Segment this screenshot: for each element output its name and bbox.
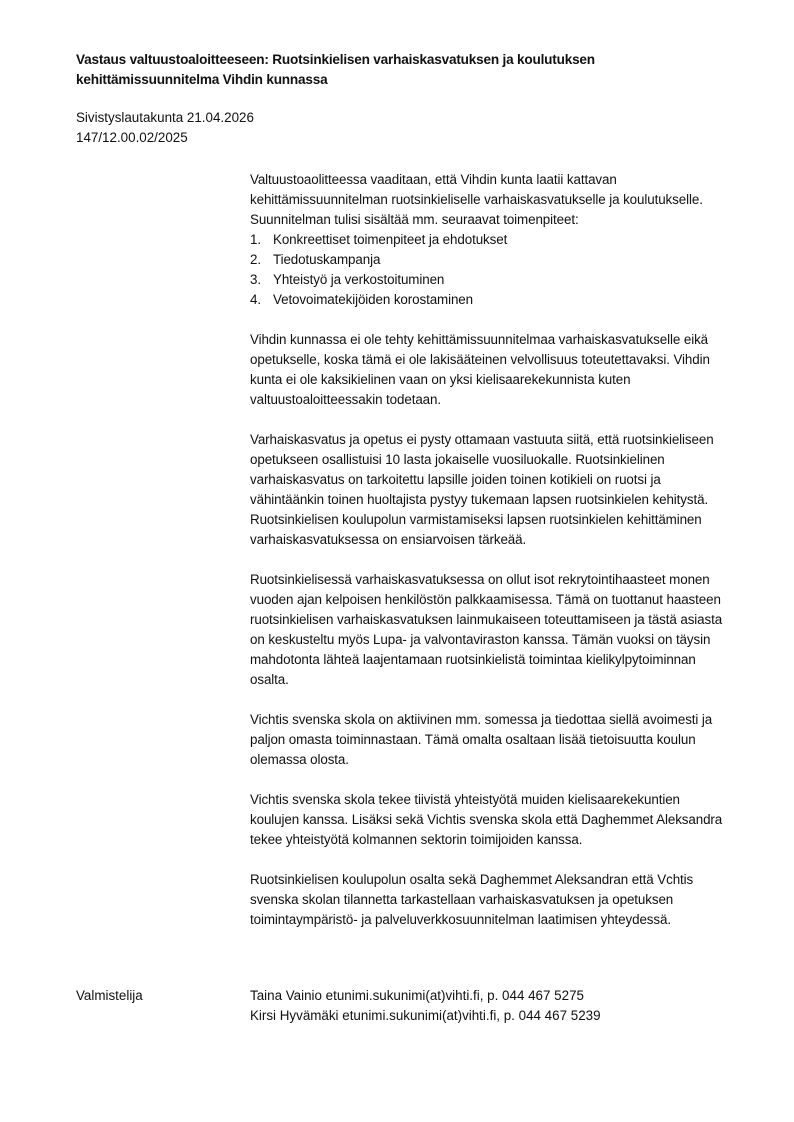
paragraph: Varhaiskasvatus ja opetus ei pysty ottam… [250,430,730,550]
document-meta: Sivistyslautakunta 21.04.2026 147/12.00.… [76,108,254,148]
list-item: 4.Vetovoimatekijöiden korostaminen [250,290,730,310]
title-line-1: Vastaus valtuustoaloitteeseen: Ruotsinki… [76,50,716,70]
list-number: 3. [250,270,261,290]
list-number: 1. [250,230,261,250]
paragraph: Ruotsinkielisen koulupolun osalta sekä D… [250,870,730,930]
contact-line: Kirsi Hyvämäki etunimi.sukunimi(at)vihti… [250,1006,601,1026]
document-body: Valtuustoaolitteessa vaaditaan, että Vih… [250,170,730,950]
list-number: 2. [250,250,261,270]
preparer-label: Valmistelija [76,986,143,1006]
list-item: 3.Yhteistyö ja verkostoituminen [250,270,730,290]
paragraph: Vichtis svenska skola on aktiivinen mm. … [250,710,730,770]
preparer-contacts: Taina Vainio etunimi.sukunimi(at)vihti.f… [250,986,601,1026]
list-number: 4. [250,290,261,310]
list-text: Vetovoimatekijöiden korostaminen [273,292,473,307]
list-text: Tiedotuskampanja [273,252,380,267]
intro-paragraph: Valtuustoaolitteessa vaaditaan, että Vih… [250,170,730,230]
document-page: Vastaus valtuustoaloitteeseen: Ruotsinki… [0,0,794,1122]
measures-list: 1.Konkreettiset toimenpiteet ja ehdotuks… [250,230,730,310]
title-line-2: kehittämissuunnitelma Vihdin kunnassa [76,70,716,90]
reference-number: 147/12.00.02/2025 [76,128,254,148]
contact-line: Taina Vainio etunimi.sukunimi(at)vihti.f… [250,986,601,1006]
list-item: 1.Konkreettiset toimenpiteet ja ehdotuks… [250,230,730,250]
board-date: Sivistyslautakunta 21.04.2026 [76,108,254,128]
list-item: 2.Tiedotuskampanja [250,250,730,270]
paragraph: Ruotsinkielisessä varhaiskasvatuksessa o… [250,570,730,690]
list-text: Konkreettiset toimenpiteet ja ehdotukset [273,232,507,247]
paragraph: Vichtis svenska skola tekee tiivistä yht… [250,790,730,850]
document-title: Vastaus valtuustoaloitteeseen: Ruotsinki… [76,50,716,90]
list-text: Yhteistyö ja verkostoituminen [273,272,444,287]
paragraph: Vihdin kunnassa ei ole tehty kehittämiss… [250,330,730,410]
